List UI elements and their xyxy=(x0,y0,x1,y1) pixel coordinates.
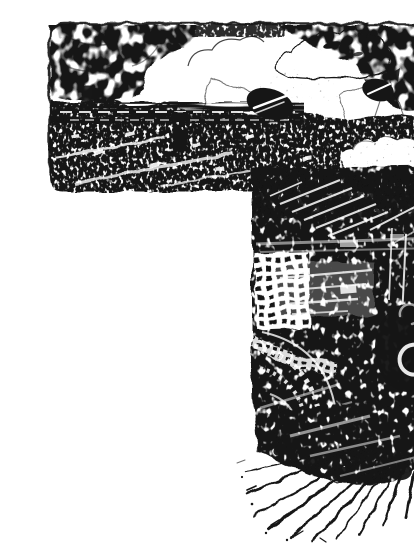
pulp-illustration: Black-and-white pulp illustration: two f… xyxy=(40,16,414,544)
illustration-canvas: Black-and-white pulp illustration: two f… xyxy=(40,16,414,544)
rubble-highlight-cluster xyxy=(276,262,374,316)
top-band xyxy=(50,24,414,192)
